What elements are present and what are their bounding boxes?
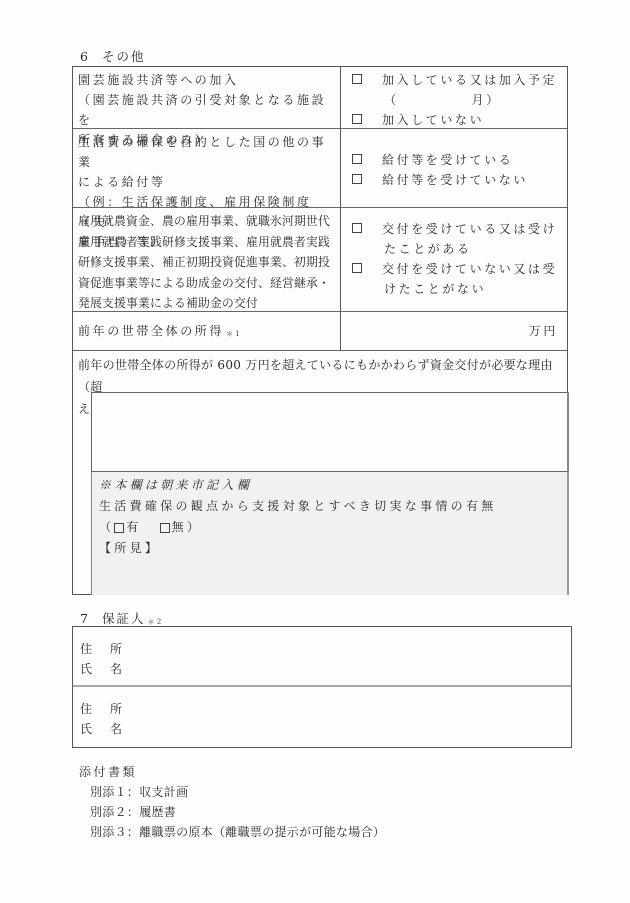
city-use-box: ※本欄は朝来市記入欄 生活費確保の観点から支援対象とすべき切実な事情の有無 （ …: [91, 472, 569, 595]
section-number: 7: [80, 611, 102, 626]
checkbox-no-icon[interactable]: [160, 523, 170, 533]
checkbox-icon[interactable]: [352, 263, 362, 273]
checkbox-yes-icon[interactable]: [114, 523, 124, 533]
option-not-receiving[interactable]: 給付等を受けていない: [350, 170, 563, 190]
paren-close: ）: [187, 517, 202, 538]
name-row[interactable]: 氏名: [80, 719, 571, 739]
address-row[interactable]: 住所: [80, 699, 571, 719]
income-unit: 万円: [529, 324, 558, 338]
label-line: 雇用就農資金、農の雇用事業、就職氷河期世代: [78, 211, 336, 232]
address-row[interactable]: 住所: [80, 639, 571, 659]
table-row-income: 前年の世帯全体の所得＊１ 万円: [73, 312, 567, 351]
address-label-char: 住: [80, 639, 96, 659]
city-use-note: ※本欄は朝来市記入欄: [99, 475, 567, 496]
name-label-char: 氏: [80, 659, 96, 679]
option-granted[interactable]: 交付を受けている又は受け: [350, 219, 563, 239]
other-info-table: 園芸施設共済等への加入 （園芸施設共済の引受対象となる施設を 所有する場合のみ）…: [72, 66, 568, 595]
guarantor-entry-1: 住所 氏名: [73, 627, 571, 687]
choice-yes-label: 有: [126, 517, 141, 538]
name-label-char: 名: [110, 659, 126, 679]
checkbox-icon[interactable]: [352, 114, 362, 124]
guarantor-entry-2: 住所 氏名: [73, 687, 571, 747]
findings-label: 【所見】: [99, 538, 567, 559]
option-enrolled[interactable]: 加入している又は加入予定: [350, 70, 563, 90]
checkbox-icon[interactable]: [352, 154, 362, 164]
attachment-item: 別添３：離職票の原本（離職票の提示が可能な場合）: [79, 822, 385, 842]
option-not-enrolled[interactable]: 加入していない: [350, 110, 563, 130]
row-options: 交付を受けている又は受け たことがある 交付を受けていない又は受 けたことがない: [341, 208, 567, 311]
row-label: 雇用就農資金、農の雇用事業、就職氷河期世代 雇用就農者実践研修支援事業、雇用就農…: [73, 208, 341, 311]
option-label-continued: たことがある: [350, 239, 563, 259]
city-use-question: 生活費確保の観点から支援対象とすべき切実な事情の有無: [99, 496, 567, 517]
label-line: （園芸施設共済の引受対象となる施設を: [78, 90, 336, 130]
section-6-title: 6その他: [72, 47, 146, 65]
label-line: 発展支援事業による補助金の交付: [78, 293, 336, 314]
row-label: 生活費の確保を目的とした国の他の事業 による給付等 （例：生活保護制度、雇用保険…: [73, 129, 341, 207]
name-label-char: 名: [110, 719, 126, 739]
row-options: 加入している又は加入予定 （ 月） 加入していない: [341, 67, 567, 128]
name-label-char: 氏: [80, 719, 96, 739]
attachment-item: 別添１：収支計画: [79, 782, 385, 802]
option-label: 交付を受けていない又は受: [382, 259, 557, 279]
attachment-item: 別添２：履歴書: [79, 802, 385, 822]
option-label-continued: けたことがない: [350, 279, 563, 299]
table-row-insurance: 園芸施設共済等への加入 （園芸施設共済の引受対象となる施設を 所有する場合のみ）…: [73, 67, 567, 129]
income-label: 前年の世帯全体の所得＊１: [73, 312, 341, 350]
income-input[interactable]: 万円: [341, 312, 567, 350]
checkbox-icon[interactable]: [352, 74, 362, 84]
footnote-marker: ＊２: [148, 618, 164, 626]
address-label-char: 住: [80, 699, 96, 719]
table-row-other-benefits: 生活費の確保を目的とした国の他の事業 による給付等 （例：生活保護制度、雇用保険…: [73, 129, 567, 208]
label-line: 資促進事業等による助成金の交付、経営継承・: [78, 273, 336, 294]
option-label: 交付を受けている又は受け: [382, 219, 557, 239]
section-title-text: 保証人: [102, 611, 146, 626]
label-line: 雇用就農者実践研修支援事業、雇用就農者実践: [78, 232, 336, 253]
label-line: 園芸施設共済等への加入: [78, 70, 336, 90]
checkbox-icon[interactable]: [352, 174, 362, 184]
income-label-text: 前年の世帯全体の所得: [78, 324, 224, 338]
label-line: 生活費の確保を目的とした国の他の事業: [78, 132, 336, 172]
option-label: 加入している又は加入予定: [382, 70, 557, 90]
option-not-granted[interactable]: 交付を受けていない又は受: [350, 259, 563, 279]
section-7-title: 7保証人＊２: [72, 609, 164, 627]
checkbox-icon[interactable]: [352, 223, 362, 233]
option-label: 給付等を受けていない: [382, 170, 528, 190]
city-use-choices: （ 有 無 ）: [99, 517, 567, 538]
table-row-subsidies: 雇用就農資金、農の雇用事業、就職氷河期世代 雇用就農者実践研修支援事業、雇用就農…: [73, 208, 567, 312]
name-row[interactable]: 氏名: [80, 659, 571, 679]
attachments-list: 添付書類 別添１：収支計画 別添２：履歴書 別添３：離職票の原本（離職票の提示が…: [79, 762, 385, 842]
footnote-marker: ＊１: [226, 330, 242, 338]
label-line: 研修支援事業、補正初期投資促進事業、初期投: [78, 252, 336, 273]
paren-open: （: [99, 517, 114, 538]
option-label: 加入していない: [382, 110, 484, 130]
reason-input-box[interactable]: [91, 392, 569, 472]
choice-no-label: 無: [172, 517, 187, 538]
address-label-char: 所: [110, 639, 126, 659]
option-receiving[interactable]: 給付等を受けている: [350, 150, 563, 170]
section-number: 6: [80, 49, 102, 64]
row-label: 園芸施設共済等への加入 （園芸施設共済の引受対象となる施設を 所有する場合のみ）: [73, 67, 341, 128]
label-line: による給付等: [78, 172, 336, 192]
attachments-title: 添付書類: [79, 762, 385, 782]
option-label: 給付等を受けている: [382, 150, 513, 170]
section-title-text: その他: [102, 49, 146, 64]
guarantor-table: 住所 氏名 住所 氏名: [72, 626, 572, 748]
address-label-char: 所: [110, 699, 126, 719]
enrollment-month-field[interactable]: （ 月）: [350, 90, 563, 110]
findings-field[interactable]: [99, 559, 567, 599]
row-options: 給付等を受けている 給付等を受けていない: [341, 129, 567, 207]
